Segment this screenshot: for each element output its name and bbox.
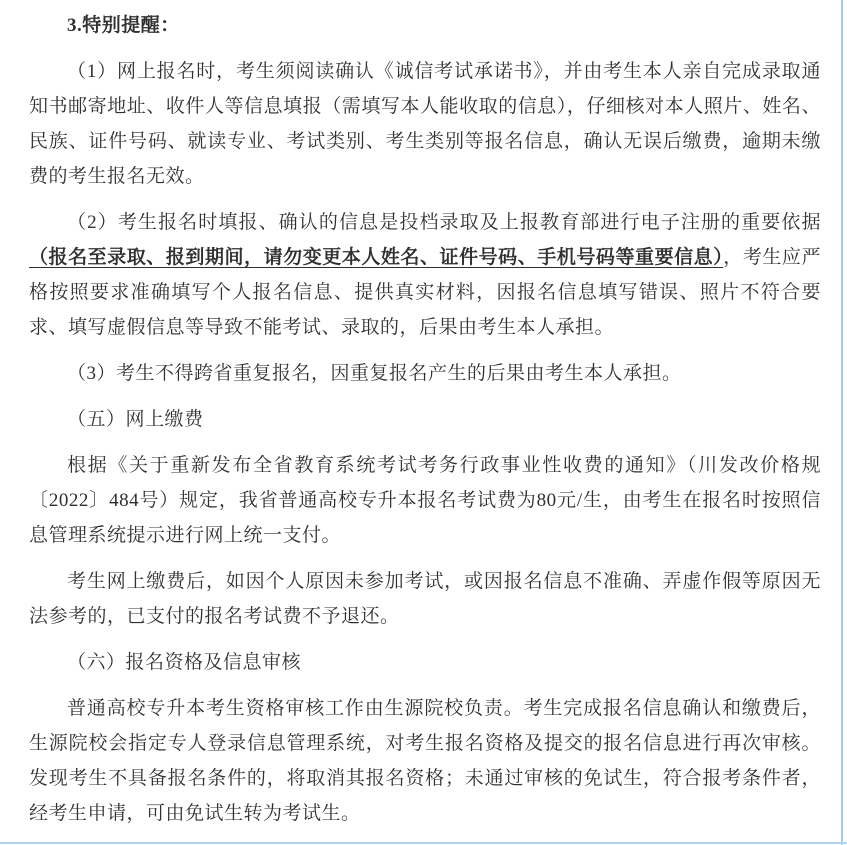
paragraph-online-registration: （1）网上报名时，考生须阅读确认《诚信考试承诺书》，并由考生本人亲自完成录取通知… bbox=[29, 54, 821, 194]
heading-online-payment: （五）网上缴费 bbox=[29, 402, 821, 437]
paragraph-info-basis-text-start: （2）考生报名时填报、确认的信息是投档录取及上报教育部进行电子注册的重要依据 bbox=[67, 212, 821, 233]
paragraph-info-basis: （2）考生报名时填报、确认的信息是投档录取及上报教育部进行电子注册的重要依据 （… bbox=[29, 205, 821, 345]
page-right-border-line bbox=[841, 0, 843, 845]
important-info-warning-emphasis: （报名至录取、报到期间，请勿变更本人姓名、证件号码、手机号码等重要信息） bbox=[29, 247, 723, 268]
heading-eligibility-review: （六）报名资格及信息审核 bbox=[29, 645, 821, 680]
document-content: 3.特别提醒： （1）网上报名时，考生须阅读确认《诚信考试承诺书》，并由考生本人… bbox=[0, 0, 847, 845]
paragraph-exam-fee: 根据《关于重新发布全省教育系统考试考务行政事业性收费的通知》（川发改价格规〔20… bbox=[29, 448, 821, 553]
paragraph-eligibility-audit: 普通高校专升本考生资格审核工作由生源院校负责。考生完成报名信息确认和缴费后，生源… bbox=[29, 691, 821, 831]
document-page: 3.特别提醒： （1）网上报名时，考生须阅读确认《诚信考试承诺书》，并由考生本人… bbox=[0, 0, 847, 845]
page-bottom-border-line bbox=[0, 842, 847, 844]
heading-special-reminder: 3.特别提醒： bbox=[29, 8, 821, 43]
paragraph-no-refund: 考生网上缴费后，如因个人原因未参加考试，或因报名信息不准确、弄虚作假等原因无法参… bbox=[29, 564, 821, 634]
paragraph-no-duplicate-registration: （3）考生不得跨省重复报名，因重复报名产生的后果由考生本人承担。 bbox=[29, 356, 821, 391]
